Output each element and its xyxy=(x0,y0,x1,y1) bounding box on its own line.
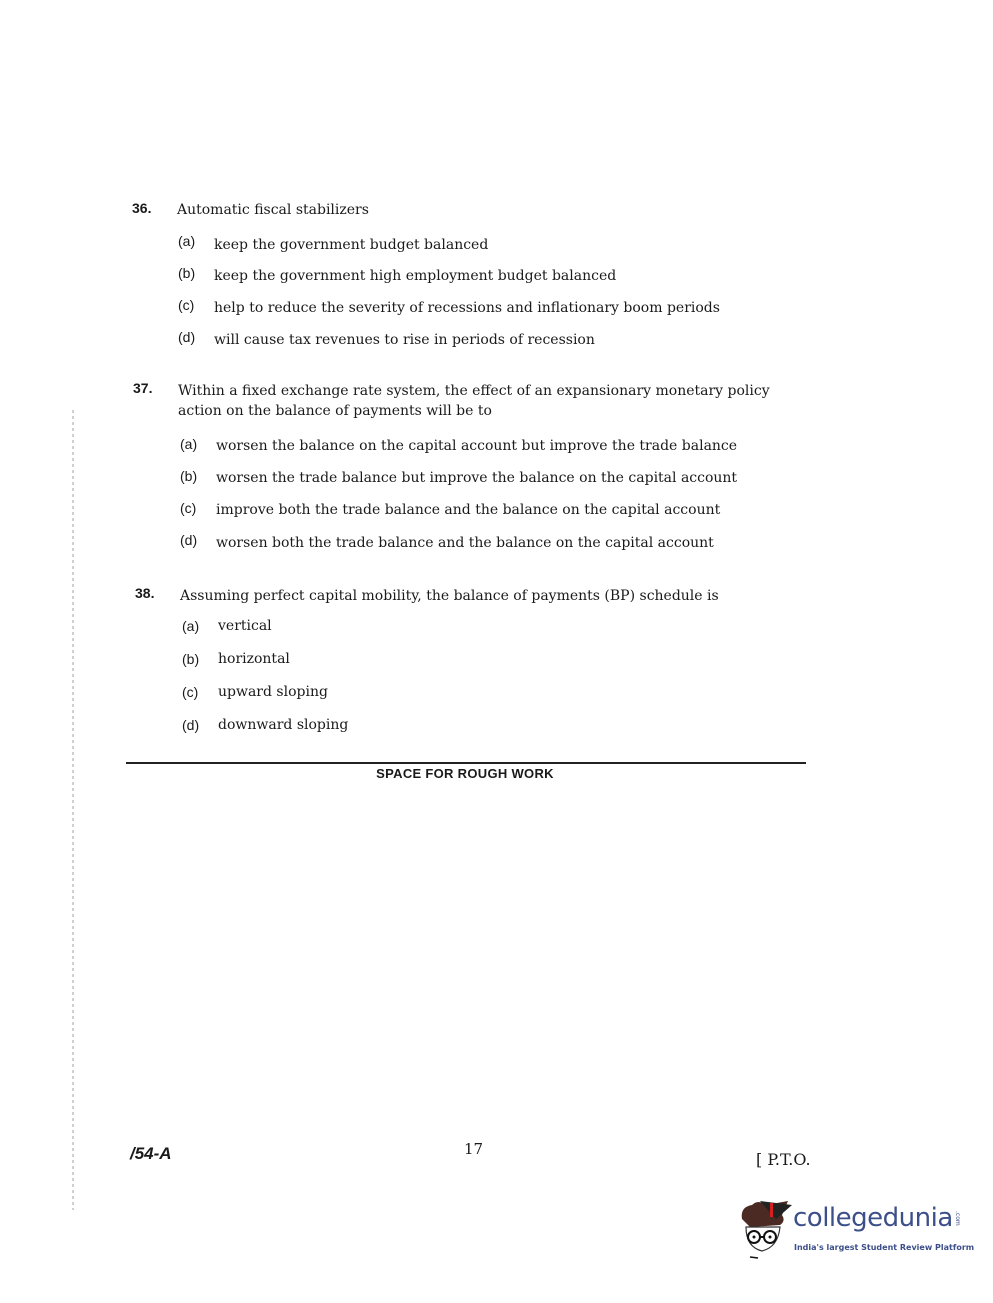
question-text-line-2: action on the balance of payments will b… xyxy=(178,402,492,420)
brand-tagline: India's largest Student Review Platform xyxy=(794,1243,974,1252)
option-label: (b) xyxy=(182,651,199,667)
option-label: (b) xyxy=(178,265,195,281)
option-label: (c) xyxy=(178,297,194,313)
option-label: (d) xyxy=(178,329,195,345)
option-text: worsen both the trade balance and the ba… xyxy=(216,535,714,551)
rough-work-heading: SPACE FOR ROUGH WORK xyxy=(0,766,930,781)
question-number: 36. xyxy=(132,200,151,216)
collegedunia-watermark: collegedunia .com India's largest Studen… xyxy=(736,1197,966,1267)
exam-page: 36. Automatic fiscal stabilizers (a) kee… xyxy=(0,0,993,1303)
option-text: will cause tax revenues to rise in perio… xyxy=(214,332,595,348)
brand-name: collegedunia xyxy=(793,1203,953,1233)
question-number: 37. xyxy=(133,380,152,396)
paper-code: /54-A xyxy=(130,1144,172,1164)
mascot-face-icon xyxy=(736,1197,796,1259)
question-text-line-1: Within a fixed exchange rate system, the… xyxy=(178,382,770,400)
question-number: 38. xyxy=(135,585,154,601)
question-text: Automatic fiscal stabilizers xyxy=(177,201,369,219)
option-label: (d) xyxy=(182,717,199,733)
option-label: (b) xyxy=(180,468,197,484)
option-text: improve both the trade balance and the b… xyxy=(216,502,720,518)
page-number: 17 xyxy=(464,1140,483,1158)
question-text: Assuming perfect capital mobility, the b… xyxy=(180,587,719,605)
brand-domain: .com xyxy=(954,1211,961,1226)
rough-work-divider xyxy=(126,762,806,764)
option-text: upward sloping xyxy=(218,684,328,700)
option-text: keep the government high employment budg… xyxy=(214,268,616,284)
option-text: help to reduce the severity of recession… xyxy=(214,300,720,316)
please-turn-over: [ P.T.O. xyxy=(756,1150,811,1169)
option-label: (a) xyxy=(178,233,195,249)
option-label: (a) xyxy=(182,618,199,634)
option-text: downward sloping xyxy=(218,717,348,733)
option-label: (d) xyxy=(180,532,197,548)
option-text: worsen the trade balance but improve the… xyxy=(216,470,737,486)
scan-margin-artifact xyxy=(72,410,74,1210)
option-label: (c) xyxy=(182,684,198,700)
option-text: worsen the balance on the capital accoun… xyxy=(216,438,737,454)
option-text: keep the government budget balanced xyxy=(214,237,488,253)
option-text: vertical xyxy=(218,618,272,634)
option-text: horizontal xyxy=(218,651,290,667)
option-label: (c) xyxy=(180,500,196,516)
option-label: (a) xyxy=(180,436,197,452)
